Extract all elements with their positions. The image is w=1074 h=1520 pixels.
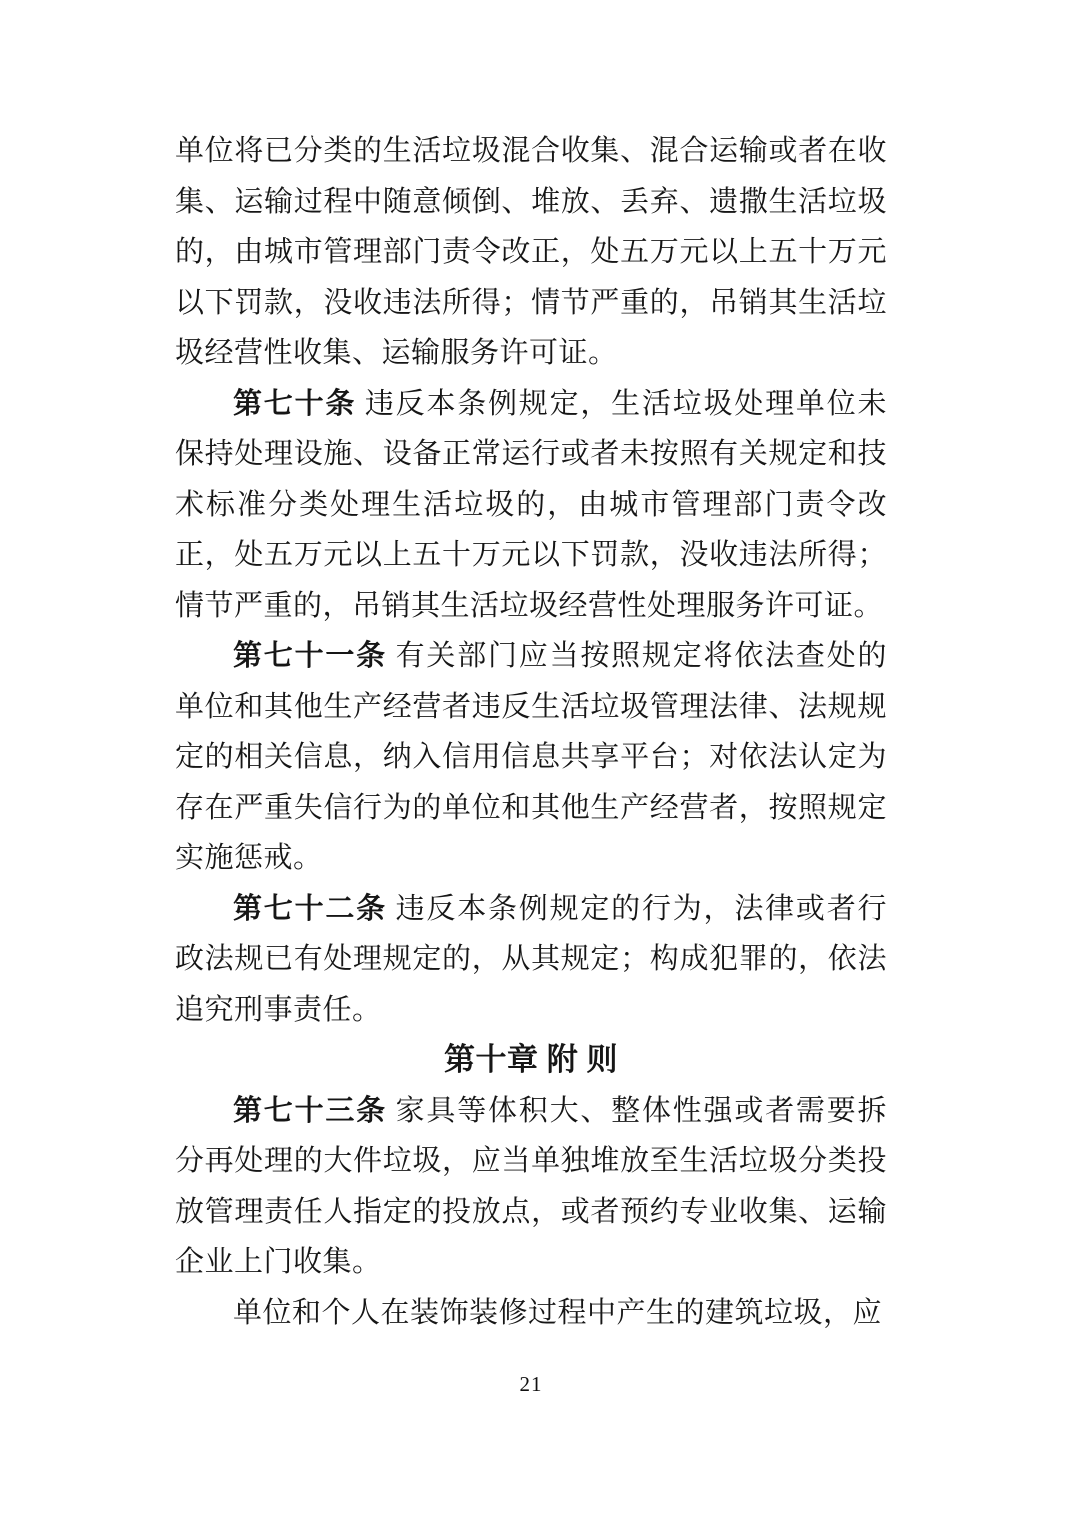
paragraph-article-70: 第七十条违反本条例规定，生活垃圾处理单位未保持处理设施、设备正常运行或者未按照有…	[175, 379, 887, 632]
article-71-text: 有关部门应当按照规定将依法查处的单位和其他生产经营者违反生活垃圾管理法律、法规规…	[175, 640, 887, 874]
page-number: 21	[520, 1372, 543, 1396]
article-72-number: 第七十二条	[233, 893, 387, 925]
paragraph-renovation-waste: 单位和个人在装饰装修过程中产生的建筑垃圾，应	[175, 1288, 887, 1339]
document-page: 单位将已分类的生活垃圾混合收集、混合运输或者在收集、运输过程中随意倾倒、堆放、丢…	[0, 0, 1074, 1520]
article-70-text: 违反本条例规定，生活垃圾处理单位未保持处理设施、设备正常运行或者未按照有关规定和…	[175, 388, 887, 622]
article-71-number: 第七十一条	[233, 640, 387, 672]
paragraph-article-71: 第七十一条有关部门应当按照规定将依法查处的单位和其他生产经营者违反生活垃圾管理法…	[175, 631, 887, 884]
article-70-number: 第七十条	[233, 388, 356, 420]
page-body: 单位将已分类的生活垃圾混合收集、混合运输或者在收集、运输过程中随意倾倒、堆放、丢…	[175, 126, 887, 1338]
article-73-number: 第七十三条	[233, 1095, 387, 1127]
paragraph-article-72: 第七十二条违反本条例规定的行为，法律或者行政法规已有处理规定的，从其规定；构成犯…	[175, 884, 887, 1036]
paragraph-continuation: 单位将已分类的生活垃圾混合收集、混合运输或者在收集、运输过程中随意倾倒、堆放、丢…	[175, 126, 887, 379]
chapter-heading: 第十章 附 则	[175, 1035, 887, 1086]
page-footer: 21	[175, 1372, 887, 1397]
paragraph-article-73: 第七十三条家具等体积大、整体性强或者需要拆分再处理的大件垃圾，应当单独堆放至生活…	[175, 1086, 887, 1288]
